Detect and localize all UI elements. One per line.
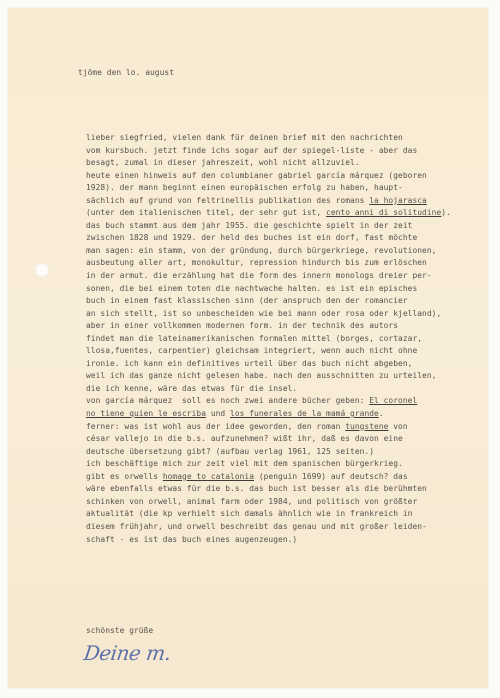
punch-hole [35,263,49,277]
text-segment: an sich stellt, ist so unbescheiden wie … [86,309,441,318]
text-line: gibt es orwells homage to catalonia (pen… [86,471,451,484]
text-segment: ich beschäftige mich zur zeit viel mit d… [86,459,403,468]
closing: schönste grüße [86,626,153,635]
text-segment: (unter dem italienischen titel, der sehr… [86,208,326,217]
text-segment: lieber siegfried, vielen dank für deinen… [86,133,403,142]
text-line: no tiene quien le escriba und los funera… [86,408,451,421]
text-segment: von [388,422,407,431]
text-segment: . [379,409,384,418]
text-segment: ausbeutung aller art, monokultur, repres… [86,258,427,267]
text-segment: gibt es orwells [86,472,163,481]
text-segment: sonen, die bei einem toten die nachtwach… [86,284,417,293]
text-line: sonen, die bei einem toten die nachtwach… [86,283,451,296]
text-line: zwischen 1828 und 1929. der held des buc… [86,232,451,245]
text-line: findet man die lateinamerikanischen form… [86,333,451,346]
text-segment: das buch stammt aus dem jahr 1955. die g… [86,221,412,230]
text-segment: schinken von orwell, animal farm oder 19… [86,497,417,506]
text-line: schinken von orwell, animal farm oder 19… [86,496,451,509]
text-line: vom kursbuch. jetzt finde ichs sogar auf… [86,145,451,158]
text-line: das buch stammt aus dem jahr 1955. die g… [86,220,451,233]
text-segment: buch in einem fast klassischen sinn (der… [86,296,408,305]
text-segment: (penguin 1699) auf deutsch? das [254,472,408,481]
text-segment: und [206,409,230,418]
text-line: césar vallejo in die b.s. aufzunehmen? w… [86,433,451,446]
text-line: schaft - es ist das buch eines augenzeug… [86,534,451,547]
text-line: aber in einer vollkommen modernen form. … [86,320,451,333]
text-segment: heute einen hinweis auf den columbianer … [86,171,427,180]
letter-body: lieber siegfried, vielen dank für deinen… [86,132,451,546]
text-segment: wäre ebenfalls etwas für die b.s. das bu… [86,484,427,493]
text-segment: 1928). der mann beginnt einen europäisch… [86,183,403,192]
text-segment: ferner: was ist wohl aus der idee geword… [86,422,345,431]
text-segment: besagt, zumal in dieser jahreszeit, wohl… [86,158,360,167]
text-segment: in der armut. die erzählung hat die form… [86,271,432,280]
text-segment: aber in einer vollkommen modernen form. … [86,321,398,330]
text-segment: weil ich das ganze nicht gelesen habe. n… [86,371,436,380]
text-line: besagt, zumal in dieser jahreszeit, wohl… [86,157,451,170]
text-segment: findet man die lateinamerikanischen form… [86,334,422,343]
text-line: man sagen: ein stamm, von der gründung, … [86,245,451,258]
text-segment: césar vallejo in die b.s. aufzunehmen? w… [86,434,403,443]
text-line: wäre ebenfalls etwas für die b.s. das bu… [86,483,451,496]
text-segment: sächlich auf grund von feltrinellis publ… [86,196,369,205]
underlined-title: la hojarasca [369,196,427,205]
text-segment: llosa,fuentes, carpentier) gleichsam int… [86,346,417,355]
text-line: lieber siegfried, vielen dank für deinen… [86,132,451,145]
text-segment: diesem frühjahr, und orwell beschreibt d… [86,522,427,531]
text-line: ferner: was ist wohl aus der idee geword… [86,421,451,434]
underlined-title: El coronel [369,396,417,405]
text-line: ich beschäftige mich zur zeit viel mit d… [86,458,451,471]
text-segment: man sagen: ein stamm, von der gründung, … [86,246,436,255]
text-line: diesem frühjahr, und orwell beschreibt d… [86,521,451,534]
underlined-title: homage to catalonia [163,472,254,481]
underlined-title: los funerales de la mamá grande [230,409,379,418]
text-line: in der armut. die erzählung hat die form… [86,270,451,283]
underlined-title: no tiene quien le escriba [86,409,206,418]
text-segment: deutsche übersetzung gibt? (aufbau verla… [86,447,374,456]
text-segment: schaft - es ist das buch eines augenzeug… [86,535,297,544]
underlined-title: tungstene [345,422,388,431]
text-line: weil ich das ganze nicht gelesen habe. n… [86,370,451,383]
text-line: ironie. ich kann ein definitives urteil … [86,358,451,371]
text-segment: von garcía márquez soll es noch zwei and… [86,396,369,405]
text-line: deutsche übersetzung gibt? (aufbau verla… [86,446,451,459]
text-segment: vom kursbuch. jetzt finde ichs sogar auf… [86,146,417,155]
text-line: von garcía márquez soll es noch zwei and… [86,395,451,408]
text-line: (unter dem italienischen titel, der sehr… [86,207,451,220]
text-segment: ironie. ich kann ein definitives urteil … [86,359,412,368]
underlined-title: cento anni di solitudine [326,208,441,217]
text-line: sächlich auf grund von feltrinellis publ… [86,195,451,208]
text-segment: die ich kenne, wäre das etwas für die in… [86,384,297,393]
handwritten-signature: Deine m. [82,641,172,665]
text-line: buch in einem fast klassischen sinn (der… [86,295,451,308]
text-line: an sich stellt, ist so unbescheiden wie … [86,308,451,321]
text-line: aktualität (die kp verhielt sich damals … [86,508,451,521]
text-segment: aktualität (die kp verhielt sich damals … [86,509,412,518]
text-segment: ). [441,208,451,217]
text-line: die ich kenne, wäre das etwas für die in… [86,383,451,396]
text-line: ausbeutung aller art, monokultur, repres… [86,257,451,270]
text-line: llosa,fuentes, carpentier) gleichsam int… [86,345,451,358]
text-line: 1928). der mann beginnt einen europäisch… [86,182,451,195]
text-line: heute einen hinweis auf den columbianer … [86,170,451,183]
dateline: tjöme den lo. august [78,68,174,77]
text-segment: zwischen 1828 und 1929. der held des buc… [86,233,417,242]
